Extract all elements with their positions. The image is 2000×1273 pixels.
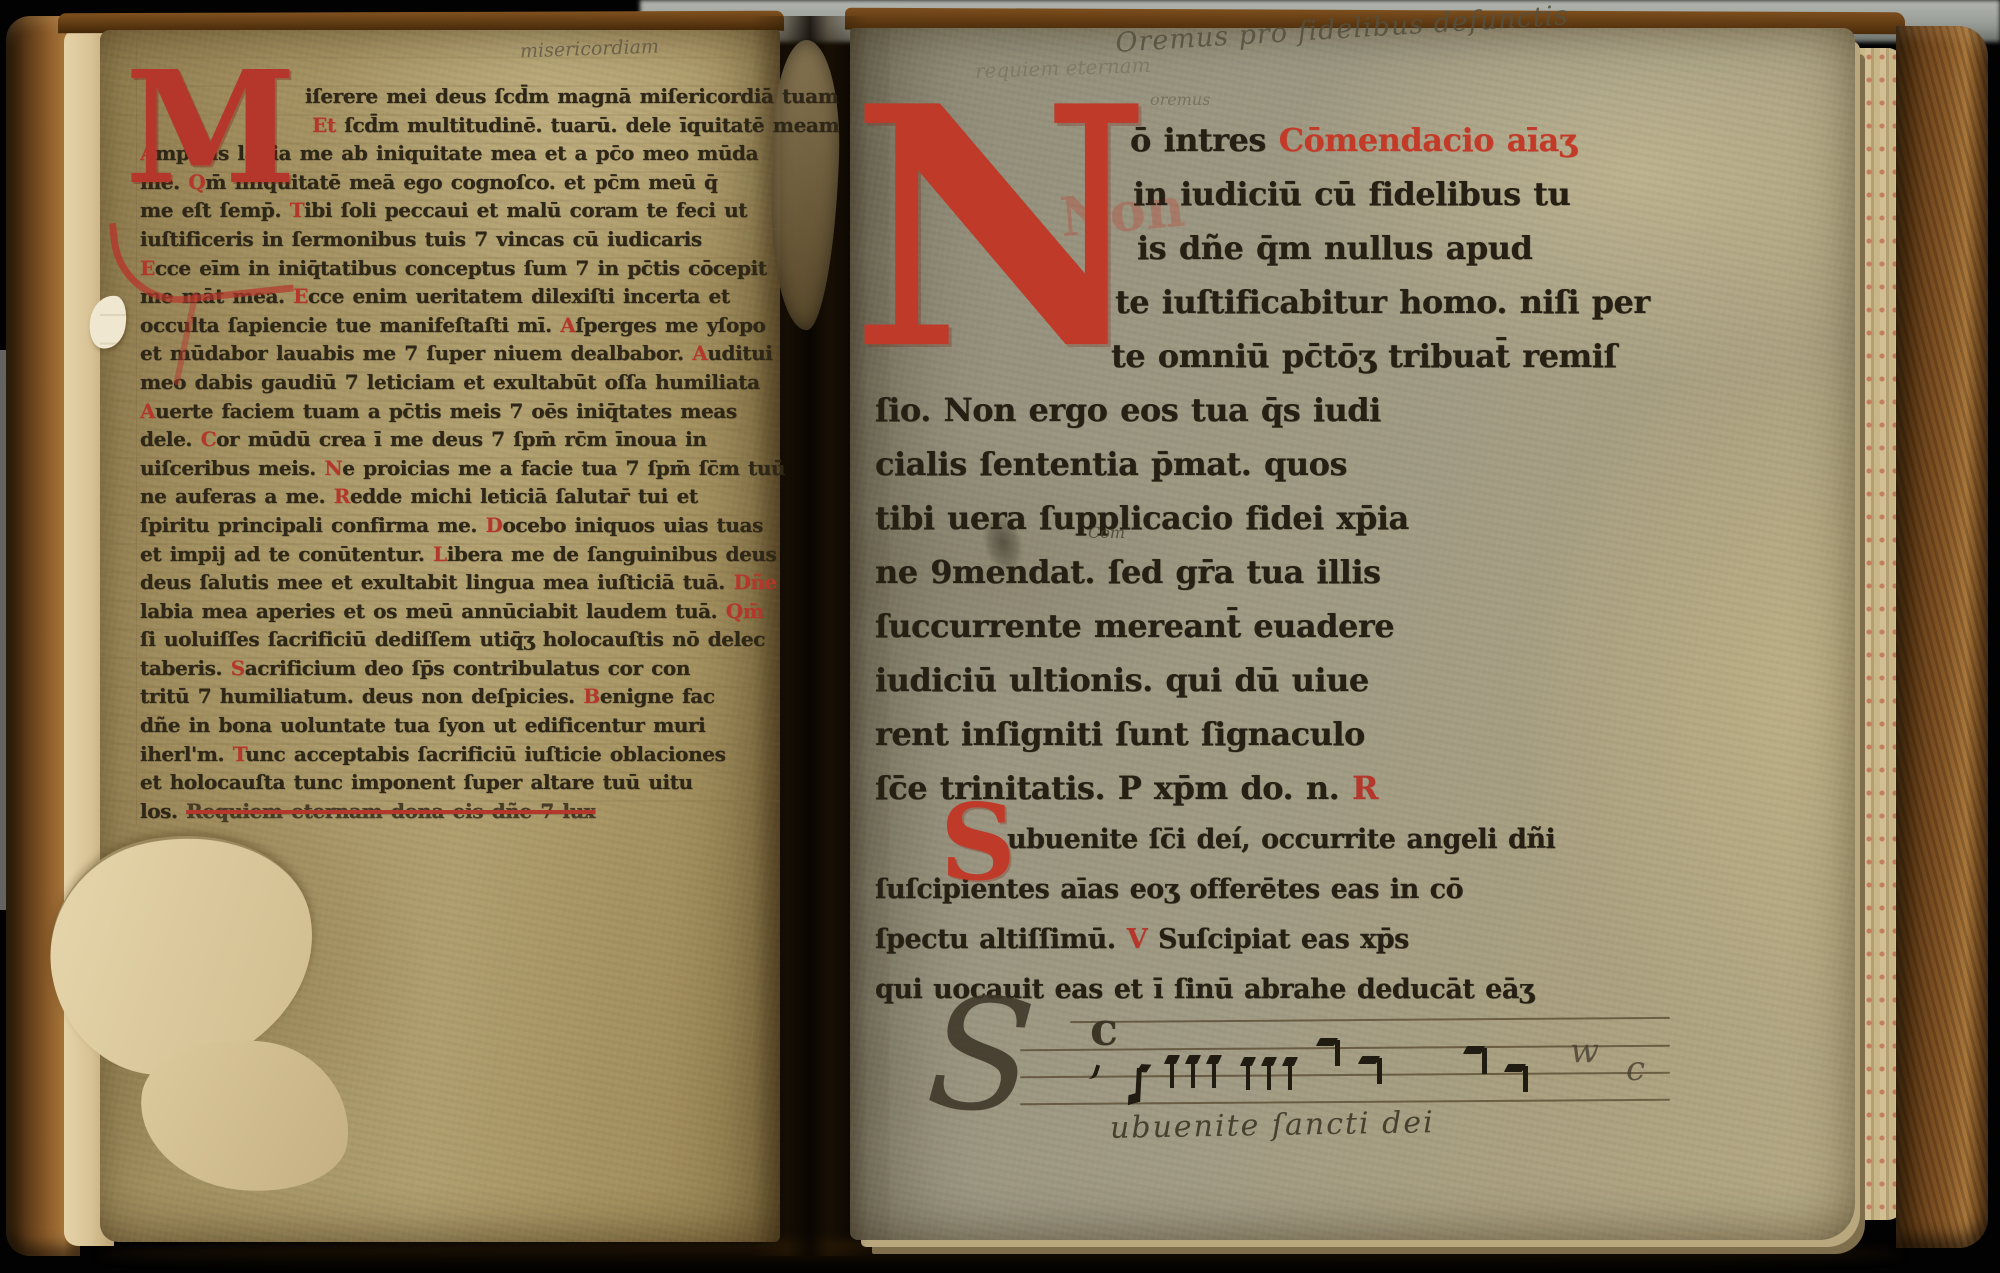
- page-edges-right: [1850, 48, 1902, 1220]
- text-line: deus ſalutis mee et exultabit lingua mea…: [140, 568, 772, 597]
- book-cover-right: [1896, 26, 1988, 1248]
- text-line: labia mea aperies et os meū annūciabit l…: [140, 597, 772, 626]
- music-flourish-s: S: [923, 974, 1040, 1136]
- ink-text: uerte faciem tuam a pc̄tis meis 7 oēs in…: [155, 399, 737, 423]
- red-initial: E: [293, 284, 308, 308]
- ink-text: et impij ad te conūtentur.: [140, 542, 433, 566]
- ink-text: Suſcipiat eas xp̄s: [1158, 924, 1409, 955]
- text-line: tritū 7 humiliatum. deus non deſpicies. …: [140, 682, 772, 711]
- neume-clivis: [1506, 1064, 1528, 1094]
- ink-text: or mūdū crea ī me deus 7 ſpm̄ rc̄m īnoua…: [216, 427, 706, 451]
- ink-text: tritū 7 humiliatum. deus non deſpicies.: [140, 684, 583, 708]
- left-page: misericordiam M iſerere mei deus ſcd̄m m…: [100, 30, 780, 1242]
- neume-virga: [1191, 1058, 1195, 1088]
- book-shadow: [100, 1240, 1900, 1268]
- neume-virga: [1170, 1058, 1174, 1088]
- neume-virga: [1246, 1060, 1250, 1090]
- text-line: iherl'm. Tunc acceptabis ſacrificiū iuſt…: [140, 740, 772, 769]
- text-line: cialis ſententia p̄mat. quos: [875, 437, 1850, 491]
- ink-text: te iuſtificabitur homo. niſi per: [1115, 283, 1650, 321]
- staff-line: [1070, 1017, 1670, 1023]
- text-line: et holocauſta tunc imponent ſuper altare…: [140, 768, 772, 797]
- red-initial: N: [324, 456, 342, 480]
- ink-text: acrificium deo ſp̄s contribulatus cor co…: [245, 656, 690, 680]
- neume-clivis: [1360, 1056, 1382, 1086]
- text-line: ubuenite ſc̄i deí, occurrite angeli dñi: [875, 815, 1850, 865]
- text-line: uiſceribus meis. Ne proicias me a facie …: [140, 454, 772, 483]
- red-initial: B: [583, 684, 600, 708]
- red-initial: D: [486, 513, 503, 537]
- red-initial: Qm̄: [726, 599, 764, 623]
- neume-pes: [1135, 1068, 1142, 1102]
- red-initial: R: [334, 484, 350, 508]
- c-clef: c: [1090, 1002, 1118, 1056]
- red-initial: Dñe: [733, 570, 776, 594]
- ink-text: et mūdabor lauabis me 7 ſuper niuem deal…: [140, 341, 692, 365]
- neume-virga: [1212, 1058, 1216, 1088]
- ink-text: ibi ſoli peccaui et malū coram te feci u…: [304, 198, 747, 222]
- ink-text: ocebo iniquos uias tuas: [502, 513, 762, 537]
- ink-text: ō intres: [1130, 121, 1279, 159]
- cursive-mark: w: [1570, 1034, 1599, 1068]
- ink-text: edde michi leticiā ſalutar̄ tui et: [350, 484, 698, 508]
- ink-text: dñe in bona uoluntate tua ſyon ut edific…: [140, 713, 705, 737]
- ink-text: ſuccurrente mereant̄ euadere: [875, 607, 1394, 645]
- ink-text: unc acceptabis ſacrificiū iuſticie oblac…: [245, 742, 725, 766]
- ink-text: ſpectu altiſſimū.: [875, 924, 1127, 955]
- ink-text: te omniū pc̄tōʒ tribuat̄ remiſ: [1111, 337, 1617, 375]
- ink-text: ſcd̄m multitudinē. tuarū. dele īquitatē …: [336, 113, 840, 137]
- ink-text: iherl'm.: [140, 742, 233, 766]
- red-initial: C: [201, 427, 217, 451]
- text-line: et impij ad te conūtentur. Libera me de …: [140, 540, 772, 569]
- ink-text: ſi uoluiſſes ſacrificiū dediſſem utiq̄ʒ …: [140, 627, 765, 651]
- red-initial: Et: [312, 113, 336, 137]
- ink-text: labia mea aperies et os meū annūciabit l…: [140, 599, 726, 623]
- drop-cap-n: N: [850, 88, 1152, 369]
- ink-text: enigne fac: [600, 684, 715, 708]
- ink-text: uditui: [707, 341, 772, 365]
- text-line: Auerte faciem tuam a pc̄tis meis 7 oēs i…: [140, 397, 772, 426]
- ink-text: ubuenite ſc̄i deí, occurrite angeli dñi: [1007, 824, 1555, 855]
- cursive-mark: c: [1626, 1052, 1645, 1086]
- staff-line: [1020, 1072, 1670, 1079]
- text-line: tibi uera ſupplicacio fidei xp̄ia: [875, 491, 1850, 545]
- ink-text: ibera me de ſanguinibus deus: [447, 542, 777, 566]
- text-line: ſuccurrente mereant̄ euadere: [875, 599, 1850, 653]
- ink-text: cialis ſententia p̄mat. quos: [875, 445, 1347, 483]
- red-initial: A: [692, 341, 707, 365]
- ink-text: is dñe q̄m nullus apud: [1137, 229, 1532, 267]
- text-line: meo dabis gaudiū 7 leticiam et exultabūt…: [140, 368, 772, 397]
- text-line: rent inſigniti ſunt ſignaculo: [875, 707, 1850, 761]
- neume-virga: [1267, 1060, 1271, 1090]
- manuscript-photo: misericordiam M iſerere mei deus ſcd̄m m…: [0, 0, 2000, 1273]
- ink-text: deus ſalutis mee et exultabit lingua mea…: [140, 570, 733, 594]
- red-initial: A: [560, 313, 575, 337]
- ink-text: taberis.: [140, 656, 231, 680]
- struck-text: Requiem eternam dona eis dñe 7 lux: [186, 799, 595, 823]
- text-line: iudiciū ultionis. qui dū uiue: [875, 653, 1850, 707]
- ink-text: uiſceribus meis.: [140, 456, 324, 480]
- neume-comma: [1088, 1063, 1101, 1081]
- neume-clivis: [1318, 1038, 1340, 1068]
- rubric-text: Cōmendacio aīaʒ: [1279, 121, 1577, 159]
- text-line: ne auferas a me. Redde michi leticiā ſal…: [140, 482, 772, 511]
- text-line: ſi uoluiſſes ſacrificiū dediſſem utiq̄ʒ …: [140, 625, 772, 654]
- ink-text: et holocauſta tunc imponent ſuper altare…: [140, 770, 693, 794]
- ink-text: cce enim ueritatem dilexiſti incerta et: [308, 284, 730, 308]
- red-initial: V: [1127, 924, 1158, 955]
- oremus-annotation: oremus: [1150, 90, 1210, 109]
- ink-text: occulta ſapiencie tue manifeſtaſti mī.: [140, 313, 560, 337]
- ink-text: ſperges me yſopo: [575, 313, 765, 337]
- text-line: ne 9mendat. ſed gr̄a tua illis: [875, 545, 1850, 599]
- staff-line: [1020, 1099, 1670, 1106]
- text-line: taberis. Sacrificium deo ſp̄s contribula…: [140, 654, 772, 683]
- ink-text: in iudiciū cū fidelibus tu: [1133, 175, 1570, 213]
- ink-text: e proicias me a facie tua 7 ſpm̄ ſc̄m tu…: [342, 456, 785, 480]
- neume-virga: [1288, 1060, 1292, 1090]
- ink-text: ne auferas a me.: [140, 484, 334, 508]
- text-line: los. Requiem eternam dona eis dñe 7 lux: [140, 797, 772, 826]
- responsory-initial-s: S: [940, 795, 1016, 890]
- ink-text: iſerere mei deus ſcd̄m magnā miſericordi…: [305, 84, 838, 108]
- ink-text: dele.: [140, 427, 201, 451]
- text-line: dñe in bona uoluntate tua ſyon ut edific…: [140, 711, 772, 740]
- ink-text: rent inſigniti ſunt ſignaculo: [875, 715, 1365, 753]
- ink-text: meo dabis gaudiū 7 leticiam et exultabūt…: [140, 370, 760, 394]
- text-line: et mūdabor lauabis me 7 ſuper niuem deal…: [140, 339, 772, 368]
- drop-cap-m: M: [125, 66, 297, 190]
- red-initial: T: [233, 742, 246, 766]
- text-line: ſpiritu principali confirma me. Docebo i…: [140, 511, 772, 540]
- red-initial: R: [1352, 769, 1378, 807]
- red-initial: L: [433, 542, 447, 566]
- text-line: ſuſcipientes aīas eoʒ offerētes eas in c…: [875, 865, 1850, 915]
- ink-text: los.: [140, 799, 186, 823]
- interlinear-annotation: Com: [1088, 523, 1125, 542]
- ink-text: ne 9mendat. ſed gr̄a tua illis: [875, 553, 1381, 591]
- chant-lyric: ubuenite ſancti dei: [1110, 1105, 1435, 1146]
- neume-clivis: [1465, 1046, 1487, 1076]
- music-staff: S c wc ubuenite ſancti dei: [920, 996, 1680, 1226]
- red-initial: A: [140, 399, 155, 423]
- text-line: ſpectu altiſſimū. V Suſcipiat eas xp̄s: [875, 915, 1850, 965]
- text-line: dele. Cor mūdū crea ī me deus 7 ſpm̄ rc̄…: [140, 425, 772, 454]
- ink-text: tibi uera ſupplicacio fidei xp̄ia: [875, 499, 1409, 537]
- red-initial: S: [231, 656, 245, 680]
- text-line: occulta ſapiencie tue manifeſtaſti mī. A…: [140, 311, 772, 340]
- ink-text: ſpiritu principali confirma me.: [140, 513, 486, 537]
- right-page: Oremus pro fidelibus defunctis requiem e…: [850, 28, 1855, 1240]
- text-line: ſc̄e trinitatis. P xp̄m do. n. R: [875, 761, 1850, 815]
- ink-text: iudiciū ultionis. qui dū uiue: [875, 661, 1369, 699]
